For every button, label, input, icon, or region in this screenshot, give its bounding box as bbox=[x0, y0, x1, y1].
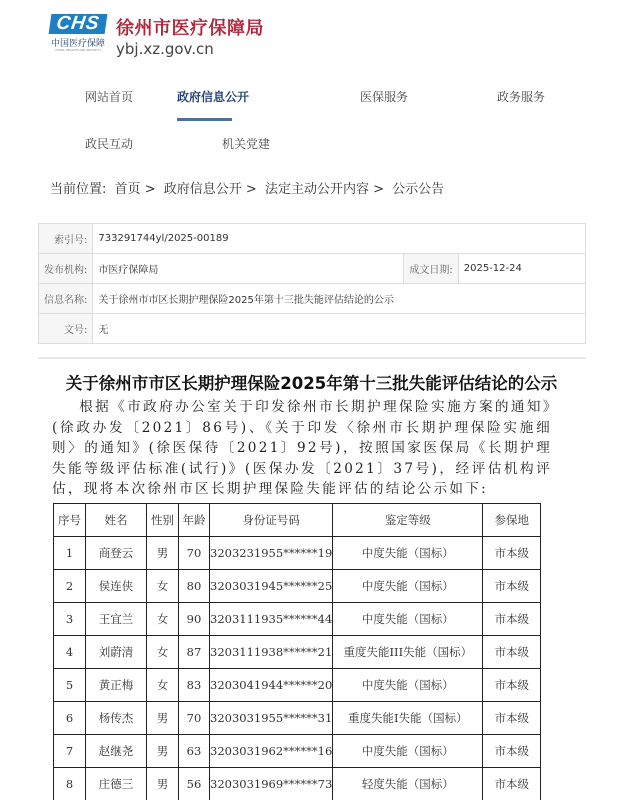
site-header: CHS 中国医疗保障 CHINA HEALTHCARE SECURITY 徐州市… bbox=[0, 0, 623, 70]
col-header-gender: 性别 bbox=[147, 504, 179, 537]
cell-seq: 1 bbox=[54, 537, 86, 570]
col-header-region: 参保地 bbox=[483, 504, 541, 537]
cell-level: 轻度失能（国标） bbox=[333, 768, 483, 800]
breadcrumb: 当前位置: 首页 > 政府信息公开 > 法定主动公开内容 > 公示公告 bbox=[50, 178, 444, 197]
cell-level: 中度失能（国标） bbox=[333, 570, 483, 603]
cell-level: 重度失能III失能（国标） bbox=[333, 636, 483, 669]
col-header-seq: 序号 bbox=[54, 504, 86, 537]
table-header-row: 序号 姓名 性别 年龄 身份证号码 鉴定等级 参保地 bbox=[54, 504, 541, 537]
cell-seq: 5 bbox=[54, 669, 86, 702]
table-row: 7 赵继尧 男 63 3203031962******16 中度失能（国标） 市… bbox=[54, 735, 541, 768]
cell-region: 市本级 bbox=[483, 537, 541, 570]
cell-region: 市本级 bbox=[483, 702, 541, 735]
doc-number-label: 文号: bbox=[39, 314, 93, 344]
cell-gender: 女 bbox=[147, 603, 179, 636]
breadcrumb-separator: > bbox=[246, 182, 257, 197]
cell-seq: 2 bbox=[54, 570, 86, 603]
article-paragraph: 根据《市政府办公室关于印发徐州市长期护理保险实施方案的通知》(徐政办发〔2021… bbox=[52, 397, 552, 500]
cell-id: 3203031945******25 bbox=[210, 570, 333, 603]
cell-name: 黄正梅 bbox=[86, 669, 147, 702]
article-body: 根据《市政府办公室关于印发徐州市长期护理保险实施方案的通知》(徐政办发〔2021… bbox=[52, 397, 552, 500]
col-header-id: 身份证号码 bbox=[210, 504, 333, 537]
table-row: 2 侯连侠 女 80 3203031945******25 中度失能（国标） 市… bbox=[54, 570, 541, 603]
cell-age: 90 bbox=[179, 603, 210, 636]
breadcrumb-home[interactable]: 首页 bbox=[115, 182, 141, 197]
cell-level: 重度失能Ⅰ失能（国标） bbox=[333, 702, 483, 735]
table-row: 3 王宜兰 女 90 3203111935******44 中度失能（国标） 市… bbox=[54, 603, 541, 636]
index-value: 733291744yl/2025-00189 bbox=[93, 224, 586, 254]
assessment-results-table: 序号 姓名 性别 年龄 身份证号码 鉴定等级 参保地 1 商登云 男 70 32… bbox=[53, 503, 541, 800]
chs-logo[interactable]: CHS 中国医疗保障 CHINA HEALTHCARE SECURITY bbox=[50, 14, 106, 54]
cell-age: 80 bbox=[179, 570, 210, 603]
cell-seq: 3 bbox=[54, 603, 86, 636]
document-metadata: 索引号: 733291744yl/2025-00189 发布机构: 市医疗保障局… bbox=[38, 223, 586, 344]
cell-name: 商登云 bbox=[86, 537, 147, 570]
cell-id: 3203111938******21 bbox=[210, 636, 333, 669]
nav-item-party-building[interactable]: 机关党建 bbox=[222, 135, 270, 152]
cell-region: 市本级 bbox=[483, 603, 541, 636]
cell-name: 杨传杰 bbox=[86, 702, 147, 735]
col-header-age: 年龄 bbox=[179, 504, 210, 537]
date-value: 2025-12-24 bbox=[458, 254, 585, 284]
active-tab-indicator bbox=[177, 118, 232, 121]
cell-seq: 7 bbox=[54, 735, 86, 768]
cell-level: 中度失能（国标） bbox=[333, 603, 483, 636]
breadcrumb-announcements[interactable]: 公示公告 bbox=[392, 182, 444, 197]
publisher-value: 市医疗保障局 bbox=[93, 254, 404, 284]
cell-name: 赵继尧 bbox=[86, 735, 147, 768]
cell-region: 市本级 bbox=[483, 570, 541, 603]
nav-item-gov-service[interactable]: 政务服务 bbox=[497, 88, 545, 105]
cell-region: 市本级 bbox=[483, 735, 541, 768]
nav-item-medical-service[interactable]: 医保服务 bbox=[360, 88, 408, 105]
nav-item-home[interactable]: 网站首页 bbox=[85, 88, 133, 105]
cell-gender: 男 bbox=[147, 768, 179, 800]
cell-level: 中度失能（国标） bbox=[333, 735, 483, 768]
info-name-label: 信息名称: bbox=[39, 284, 93, 314]
site-url: ybj.xz.gov.cn bbox=[116, 40, 214, 58]
table-row: 5 黄正梅 女 83 3203041944******20 中度失能（国标） 市… bbox=[54, 669, 541, 702]
cell-gender: 男 bbox=[147, 537, 179, 570]
cell-name: 刘蔚清 bbox=[86, 636, 147, 669]
divider bbox=[38, 357, 586, 359]
doc-number-value: 无 bbox=[93, 314, 586, 344]
publisher-label: 发布机构: bbox=[39, 254, 93, 284]
cell-seq: 4 bbox=[54, 636, 86, 669]
breadcrumb-separator: > bbox=[373, 182, 384, 197]
cell-age: 87 bbox=[179, 636, 210, 669]
cell-region: 市本级 bbox=[483, 768, 541, 800]
cell-age: 83 bbox=[179, 669, 210, 702]
cell-age: 56 bbox=[179, 768, 210, 800]
nav-item-interaction[interactable]: 政民互动 bbox=[85, 135, 133, 152]
col-header-name: 姓名 bbox=[86, 504, 147, 537]
cell-id: 3203031955******31 bbox=[210, 702, 333, 735]
table-row: 4 刘蔚清 女 87 3203111938******21 重度失能III失能（… bbox=[54, 636, 541, 669]
breadcrumb-prefix: 当前位置: bbox=[50, 182, 106, 197]
cell-name: 庄德三 bbox=[86, 768, 147, 800]
table-row: 8 庄德三 男 56 3203031969******73 轻度失能（国标） 市… bbox=[54, 768, 541, 800]
cell-id: 3203111935******44 bbox=[210, 603, 333, 636]
breadcrumb-separator: > bbox=[145, 182, 156, 197]
article-title: 关于徐州市市区长期护理保险2025年第十三批失能评估结论的公示 bbox=[0, 370, 623, 394]
info-name-value: 关于徐州市市区长期护理保险2025年第十三批失能评估结论的公示 bbox=[93, 284, 586, 314]
cell-gender: 女 bbox=[147, 669, 179, 702]
cell-age: 70 bbox=[179, 702, 210, 735]
cell-id: 3203031962******16 bbox=[210, 735, 333, 768]
col-header-level: 鉴定等级 bbox=[333, 504, 483, 537]
cell-seq: 8 bbox=[54, 768, 86, 800]
cell-gender: 女 bbox=[147, 570, 179, 603]
cell-level: 中度失能（国标） bbox=[333, 669, 483, 702]
cell-name: 王宜兰 bbox=[86, 603, 147, 636]
cell-id: 3203041944******20 bbox=[210, 669, 333, 702]
site-name[interactable]: 徐州市医疗保障局 bbox=[116, 14, 264, 40]
cell-region: 市本级 bbox=[483, 669, 541, 702]
main-nav: 网站首页 政府信息公开 医保服务 政务服务 政民互动 机关党建 bbox=[0, 70, 623, 170]
date-label: 成文日期: bbox=[404, 254, 458, 284]
cell-age: 63 bbox=[179, 735, 210, 768]
table-row: 6 杨传杰 男 70 3203031955******31 重度失能Ⅰ失能（国标… bbox=[54, 702, 541, 735]
index-label: 索引号: bbox=[39, 224, 93, 254]
cell-seq: 6 bbox=[54, 702, 86, 735]
cell-region: 市本级 bbox=[483, 636, 541, 669]
breadcrumb-gov-info[interactable]: 政府信息公开 bbox=[164, 182, 242, 197]
cell-age: 70 bbox=[179, 537, 210, 570]
chs-logo-icon: CHS bbox=[49, 14, 108, 34]
nav-item-gov-info[interactable]: 政府信息公开 bbox=[177, 88, 249, 105]
cell-gender: 男 bbox=[147, 735, 179, 768]
cell-level: 中度失能（国标） bbox=[333, 537, 483, 570]
cell-id: 3203031969******73 bbox=[210, 768, 333, 800]
logo-english-text: CHINA HEALTHCARE SECURITY bbox=[50, 48, 106, 52]
table-row: 1 商登云 男 70 3203231955******19 中度失能（国标） 市… bbox=[54, 537, 541, 570]
breadcrumb-statutory[interactable]: 法定主动公开内容 bbox=[265, 182, 369, 197]
cell-name: 侯连侠 bbox=[86, 570, 147, 603]
cell-id: 3203231955******19 bbox=[210, 537, 333, 570]
cell-gender: 女 bbox=[147, 636, 179, 669]
cell-gender: 男 bbox=[147, 702, 179, 735]
